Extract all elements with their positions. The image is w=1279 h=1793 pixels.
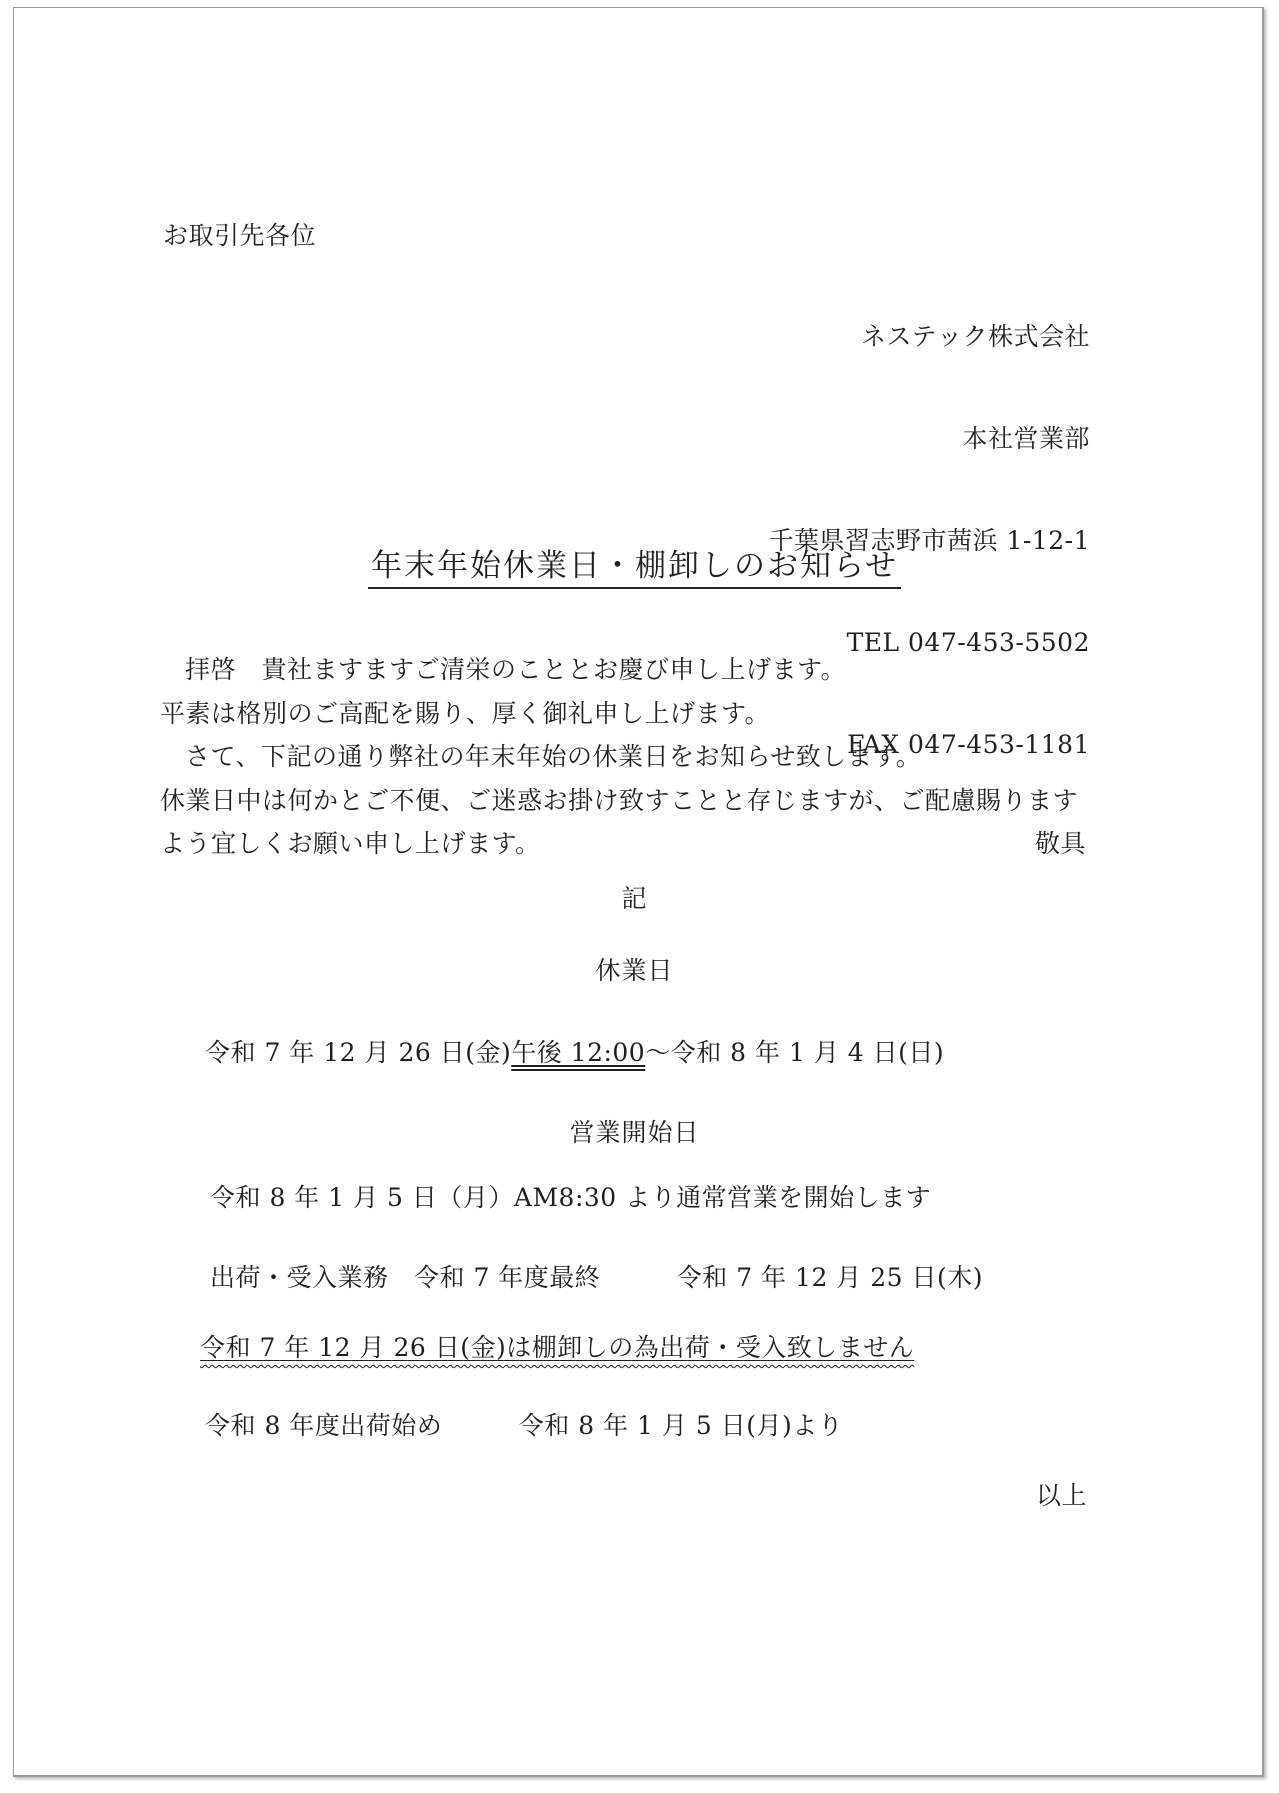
inventory-notice-text: 令和 7 年 12 月 26 日(金)は棚卸しの為出荷・受入致しません	[200, 1333, 914, 1362]
closing-keigu: 敬具	[1035, 822, 1086, 866]
greeting-line-2: 平素は格別のご高配を賜り、厚く御礼申し上げます。	[160, 692, 1086, 736]
shipping-last-line: 出荷・受入業務 令和 7 年度最終 令和 7 年 12 月 25 日(木)	[210, 1259, 983, 1297]
holiday-time-underlined: 午後 12:00	[511, 1038, 645, 1067]
document-title-row: 年末年始休業日・棚卸しのお知らせ	[0, 540, 1269, 585]
greeting-paragraph: 拝啓 貴社ますますご清栄のこととお慶び申し上げます。 平素は格別のご高配を賜り、…	[160, 648, 1086, 866]
greeting-line-3: さて、下記の通り弊社の年末年始の休業日をお知らせ致します。	[160, 735, 1086, 779]
holiday-heading: 休業日	[0, 952, 1269, 990]
holiday-period-prefix: 令和 7 年 12 月 26 日(金)	[205, 1038, 511, 1067]
greeting-line-4: 休業日中は何かとご不便、ご迷惑お掛け致すことと存じますが、ご配慮賜ります	[160, 779, 1086, 823]
end-marker: 以上	[1036, 1477, 1087, 1515]
holiday-period-suffix: ～令和 8 年 1 月 4 日(日)	[645, 1038, 944, 1067]
reopen-heading: 営業開始日	[0, 1114, 1269, 1152]
record-marker: 記	[0, 880, 1269, 918]
recipient-line: お取引先各位	[163, 217, 316, 255]
holiday-period-line: 令和 7 年 12 月 26 日(金)午後 12:00～令和 8 年 1 月 4…	[205, 1034, 944, 1072]
inventory-notice-line: 令和 7 年 12 月 26 日(金)は棚卸しの為出荷・受入致しません	[200, 1329, 914, 1367]
document-title: 年末年始休業日・棚卸しのお知らせ	[368, 548, 901, 589]
greeting-line-5: よう宜しくお願い申し上げます。	[160, 822, 541, 866]
greeting-line-1: 拝啓 貴社ますますご清栄のこととお慶び申し上げます。	[160, 648, 1086, 692]
sender-department: 本社営業部	[769, 422, 1090, 456]
sender-company: ネステック株式会社	[769, 320, 1090, 354]
greeting-line-5-row: よう宜しくお願い申し上げます。 敬具	[160, 822, 1086, 866]
reopen-line: 令和 8 年 1 月 5 日（月）AM8:30 より通常営業を開始します	[210, 1179, 931, 1217]
shipping-start-line: 令和 8 年度出荷始め 令和 8 年 1 月 5 日(月)より	[205, 1407, 843, 1445]
